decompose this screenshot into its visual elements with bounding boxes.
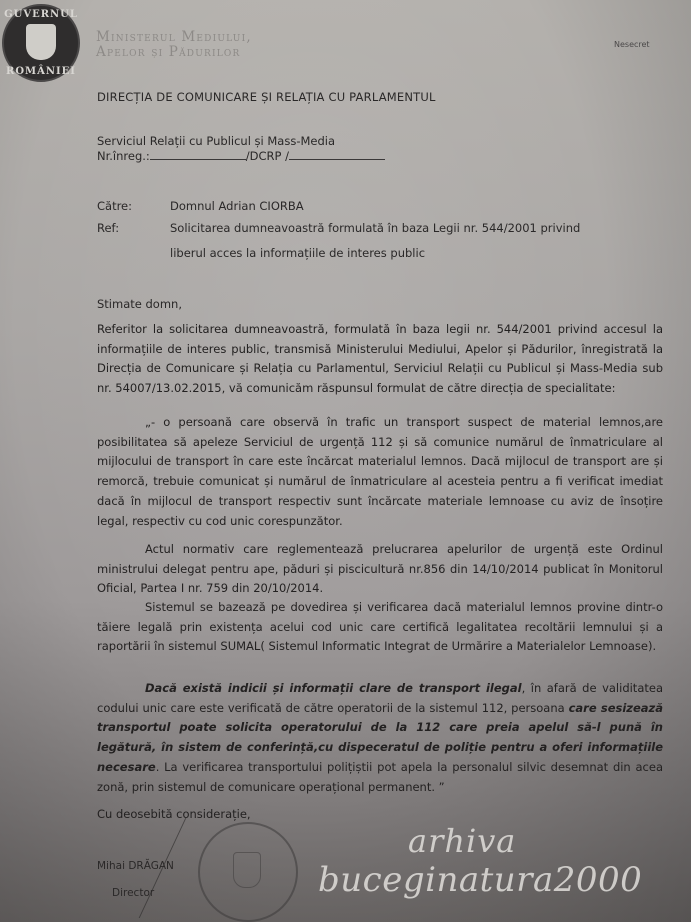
- watermark-line-2: buceginatura2000: [318, 860, 642, 900]
- government-seal-icon: GUVERNUL ROMÂNIEI: [2, 4, 80, 82]
- registration-label: Nr.înreg.:: [97, 149, 150, 163]
- stamp-coat-of-arms-icon: [233, 852, 261, 888]
- coat-of-arms-icon: [26, 24, 56, 60]
- signer-name: Mihai DRĂGAN: [97, 860, 174, 872]
- official-stamp-icon: [198, 822, 298, 922]
- ministry-line-2: Apelor și Pădurilor: [96, 45, 252, 60]
- ministry-line-1: Ministerul Mediului,: [96, 30, 252, 45]
- registration-number: Nr.înreg.:/DCRP /: [97, 149, 385, 164]
- seal-top-text: GUVERNUL: [4, 9, 78, 20]
- to-value: Domnul Adrian CIORBA: [170, 199, 304, 213]
- quote-paragraph-2: Actul normativ care reglementează preluc…: [97, 540, 663, 599]
- quote-paragraph-3: Sistemul se bazează pe dovedirea și veri…: [97, 598, 663, 657]
- service-name: Serviciul Relații cu Publicul și Mass-Me…: [97, 134, 385, 149]
- registration-mid: /DCRP /: [246, 149, 289, 163]
- to-label: Către:: [97, 199, 132, 213]
- ref-line-1: Solicitarea dumneavoastră formulată în b…: [170, 221, 580, 235]
- classification-label: Nesecret: [614, 40, 650, 49]
- quote-paragraph-4: Dacă există indicii și informații clare …: [97, 679, 663, 797]
- intro-paragraph: Referitor la solicitarea dumneavoastră, …: [97, 320, 663, 399]
- ref-line-2: liberul acces la informațiile de interes…: [170, 246, 425, 260]
- directorate-heading: DIRECȚIA DE COMUNICARE ȘI RELAȚIA CU PAR…: [97, 90, 436, 104]
- ministry-name: Ministerul Mediului, Apelor și Pădurilor: [96, 30, 252, 60]
- quote-paragraph-1: „- o persoană care observă în trafic un …: [97, 413, 663, 531]
- seal-bottom-text: ROMÂNIEI: [4, 66, 78, 77]
- ref-label: Ref:: [97, 221, 119, 235]
- emphasis-1: Dacă există indicii și informații clare …: [145, 681, 522, 695]
- signer-title: Director: [112, 887, 154, 899]
- registration-blank-2: [289, 149, 385, 160]
- watermark-line-1: arhiva: [408, 822, 516, 860]
- service-block: Serviciul Relații cu Publicul și Mass-Me…: [97, 134, 385, 164]
- registration-blank-1: [150, 149, 246, 160]
- salutation: Stimate domn,: [97, 297, 182, 311]
- paragraph-4-text-2: . La verificarea transportului polițiști…: [97, 760, 663, 794]
